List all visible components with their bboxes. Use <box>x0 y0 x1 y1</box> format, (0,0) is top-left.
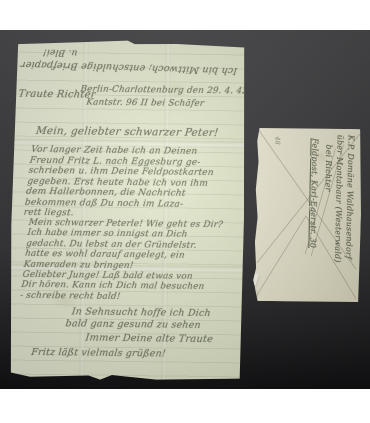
torn-paper-chip <box>250 288 257 297</box>
closing-line-2: bald ganz gesund zu sehen <box>65 318 201 331</box>
paragraph-1: Vor langer Zeit habe ich an Deinen Freun… <box>23 145 217 221</box>
address-line-1: Berlin-Charlottenburg den 29. 4. 42 <box>80 84 249 96</box>
paragraph-2: Mein schwarzer Peterle! Wie geht es Dir?… <box>20 218 224 304</box>
upside-down-note-line2: u. Blei! <box>42 47 78 58</box>
envelope-address-rotated: K.P. Domäne Waldhausendorf über Montabau… <box>306 134 356 295</box>
signature-line: Immer Deine alte Traute <box>85 332 214 345</box>
closing-line-1: In Sehnsucht hoffe ich Dich <box>71 306 211 319</box>
envelope-line: Feldpost, Karl-Egerstr. 30 <box>306 134 320 294</box>
envelope-back: 48 K.P. Domäne Waldhausendorf über Monta… <box>252 127 363 303</box>
photo-backdrop: Ich bin Mittwoch; entschuldige Briefpapi… <box>0 30 370 389</box>
address-line-2: Kantstr. 96 II bei Schäfer <box>86 97 205 108</box>
greeting-line: Mein, geliebter schwarzer Peter! <box>35 125 219 139</box>
handwritten-letter: Ich bin Mittwoch; entschuldige Briefpapi… <box>9 39 247 382</box>
pencil-jot: 48 <box>273 136 281 144</box>
postscript-line: Fritz läßt vielmals grüßen! <box>31 347 167 360</box>
